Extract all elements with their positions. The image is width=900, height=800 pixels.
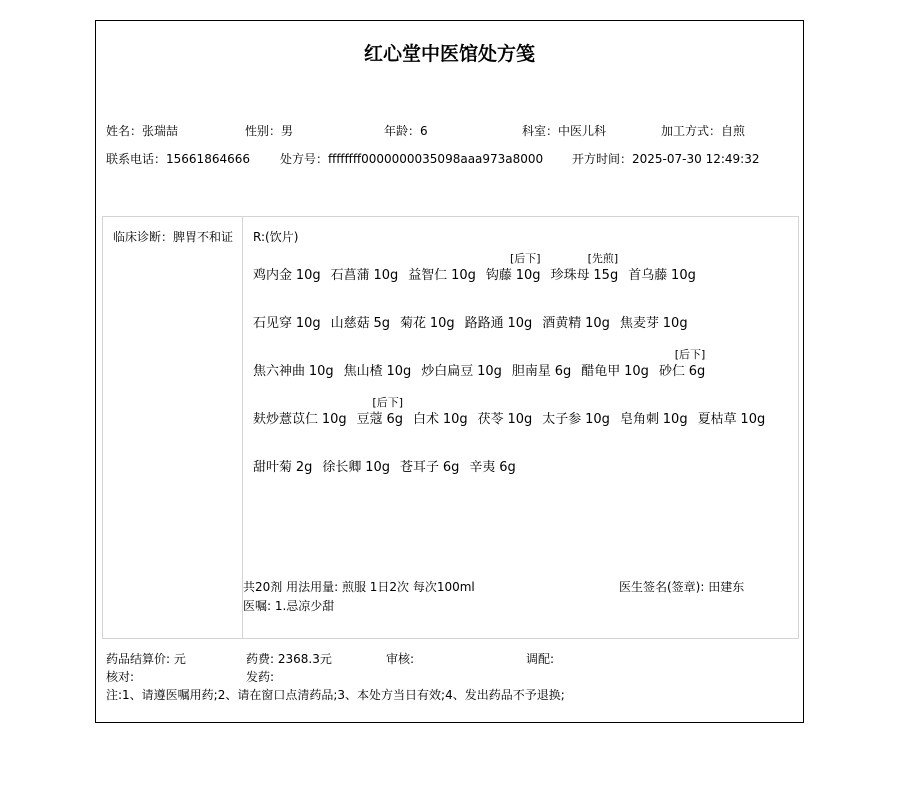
herb-item: [后下]钩藤 10g bbox=[486, 250, 541, 283]
herb-item: 徐长卿 10g bbox=[322, 442, 390, 475]
herb-name: 皂角刺 bbox=[620, 412, 659, 427]
usage-dosage: 共20剂 用法用量: 煎服 1日2次 每次100ml bbox=[243, 578, 475, 595]
herb-dose: 10g bbox=[477, 364, 502, 379]
settle-price: 药品结算价: 元 bbox=[106, 651, 186, 667]
herb-name: 辛夷 bbox=[469, 460, 495, 475]
herb-name: 夏枯草 bbox=[698, 412, 737, 427]
herb-item: [先煎]珍珠母 15g bbox=[551, 250, 619, 283]
herb-name: 甜叶菊 bbox=[253, 460, 292, 475]
phone: 联系电话：15661864666 bbox=[106, 151, 250, 167]
herb-item: 麸炒薏苡仁 10g bbox=[253, 394, 347, 427]
prescription-table: 临床诊断：脾胃不和证 R:(饮片) 鸡内金 10g石菖蒲 10g益智仁 10g[… bbox=[102, 216, 799, 639]
herb-dose: 10g bbox=[516, 268, 541, 283]
herb-dose: 10g bbox=[508, 412, 533, 427]
herb-item: 茯苓 10g bbox=[478, 394, 533, 427]
rx-column: R:(饮片) 鸡内金 10g石菖蒲 10g益智仁 10g[后下]钩藤 10g[先… bbox=[243, 217, 798, 638]
herb-item: 山慈菇 5g bbox=[331, 298, 390, 331]
check: 核对: bbox=[106, 669, 134, 685]
prescribe-time: 开方时间：2025-07-30 12:49:32 bbox=[572, 151, 759, 167]
patient-name: 姓名：张瑞喆 bbox=[106, 123, 178, 139]
herb-dose: 10g bbox=[508, 316, 533, 331]
herb-item: 夏枯草 10g bbox=[698, 394, 766, 427]
herb-item: 焦山楂 10g bbox=[344, 346, 412, 379]
herb-name: 焦六神曲 bbox=[253, 364, 305, 379]
herb-item: 太子参 10g bbox=[542, 394, 610, 427]
herb-name: 石见穿 bbox=[253, 316, 292, 331]
herb-item: 辛夷 6g bbox=[469, 442, 515, 475]
herb-name: 徐长卿 bbox=[322, 460, 361, 475]
herb-note: [后下] bbox=[675, 346, 706, 362]
herb-dose: 2g bbox=[296, 460, 313, 475]
herb-dose: 10g bbox=[671, 268, 696, 283]
herb-item: 路路通 10g bbox=[465, 298, 533, 331]
herb-item: 益智仁 10g bbox=[408, 250, 476, 283]
herb-name: 焦山楂 bbox=[344, 364, 383, 379]
herb-line: 焦六神曲 10g焦山楂 10g炒白扁豆 10g胆南星 6g醋龟甲 10g[后下]… bbox=[253, 346, 715, 386]
herb-dose: 10g bbox=[663, 412, 688, 427]
herb-item: 甜叶菊 2g bbox=[253, 442, 312, 475]
herb-name: 砂仁 bbox=[659, 364, 685, 379]
herb-dose: 10g bbox=[585, 316, 610, 331]
rx-header: R:(饮片) bbox=[253, 228, 298, 245]
medical-advice: 医嘱: 1.忌凉少甜 bbox=[243, 597, 334, 614]
herb-item: 石菖蒲 10g bbox=[331, 250, 399, 283]
herb-dose: 10g bbox=[373, 268, 398, 283]
herb-name: 醋龟甲 bbox=[581, 364, 620, 379]
herb-name: 苍耳子 bbox=[400, 460, 439, 475]
herb-item: 鸡内金 10g bbox=[253, 250, 321, 283]
patient-gender: 性别：男 bbox=[245, 123, 293, 139]
department: 科室：中医儿科 bbox=[522, 123, 606, 139]
herb-dose: 10g bbox=[296, 316, 321, 331]
herb-dose: 5g bbox=[373, 316, 390, 331]
herb-name: 首乌藤 bbox=[628, 268, 667, 283]
herb-item: [后下]豆蔻 6g bbox=[357, 394, 403, 427]
herb-name: 珍珠母 bbox=[551, 268, 590, 283]
herb-name: 炒白扁豆 bbox=[421, 364, 473, 379]
process-method: 加工方式：自煎 bbox=[661, 123, 745, 139]
herb-name: 太子参 bbox=[542, 412, 581, 427]
herb-item: 苍耳子 6g bbox=[400, 442, 459, 475]
herb-item: 焦麦芽 10g bbox=[620, 298, 688, 331]
herb-item: 胆南星 6g bbox=[512, 346, 571, 379]
herb-item: 菊花 10g bbox=[400, 298, 455, 331]
herb-dose: 10g bbox=[624, 364, 649, 379]
diagnosis-column: 临床诊断：脾胃不和证 bbox=[103, 217, 243, 638]
diagnosis: 临床诊断：脾胃不和证 bbox=[113, 228, 238, 246]
herb-name: 豆蔻 bbox=[357, 412, 383, 427]
herb-name: 菊花 bbox=[400, 316, 426, 331]
herb-line: 石见穿 10g山慈菇 5g菊花 10g路路通 10g酒黄精 10g焦麦芽 10g bbox=[253, 298, 698, 338]
footer-notes: 注:1、请遵医嘱用药;2、请在窗口点清药品;3、本处方当日有效;4、发出药品不予… bbox=[106, 687, 565, 703]
herb-name: 路路通 bbox=[465, 316, 504, 331]
herb-dose: 10g bbox=[296, 268, 321, 283]
herb-dose: 6g bbox=[689, 364, 706, 379]
herb-line: 鸡内金 10g石菖蒲 10g益智仁 10g[后下]钩藤 10g[先煎]珍珠母 1… bbox=[253, 250, 706, 290]
herb-item: 醋龟甲 10g bbox=[581, 346, 649, 379]
herb-name: 石菖蒲 bbox=[331, 268, 370, 283]
review: 审核: bbox=[386, 651, 414, 667]
herb-name: 白术 bbox=[413, 412, 439, 427]
herb-dose: 10g bbox=[585, 412, 610, 427]
herb-item: 皂角刺 10g bbox=[620, 394, 688, 427]
herb-name: 胆南星 bbox=[512, 364, 551, 379]
drug-fee: 药费: 2368.3元 bbox=[246, 651, 332, 667]
herb-item: 石见穿 10g bbox=[253, 298, 321, 331]
herb-name: 茯苓 bbox=[478, 412, 504, 427]
page-title: 红心堂中医馆处方笺 bbox=[96, 39, 803, 66]
herb-dose: 10g bbox=[309, 364, 334, 379]
patient-age: 年龄：6 bbox=[384, 123, 428, 139]
herb-dose: 10g bbox=[365, 460, 390, 475]
herb-name: 麸炒薏苡仁 bbox=[253, 412, 318, 427]
herb-name: 益智仁 bbox=[408, 268, 447, 283]
dispense-prep: 调配: bbox=[526, 651, 554, 667]
herb-dose: 15g bbox=[593, 268, 618, 283]
herb-note: [后下] bbox=[372, 394, 403, 410]
issue-drugs: 发药: bbox=[246, 669, 274, 685]
herb-item: 焦六神曲 10g bbox=[253, 346, 334, 379]
herb-item: 酒黄精 10g bbox=[542, 298, 610, 331]
herb-note: [先煎] bbox=[588, 250, 619, 266]
herb-item: 炒白扁豆 10g bbox=[421, 346, 502, 379]
herb-dose: 10g bbox=[430, 316, 455, 331]
herb-line: 甜叶菊 2g徐长卿 10g苍耳子 6g辛夷 6g bbox=[253, 442, 526, 482]
herb-dose: 10g bbox=[322, 412, 347, 427]
herb-name: 焦麦芽 bbox=[620, 316, 659, 331]
herb-name: 酒黄精 bbox=[542, 316, 581, 331]
doctor-signature: 医生签名(签章): 田建东 bbox=[619, 578, 744, 595]
prescription-number: 处方号：ffffffff0000000035098aaa973a8000 bbox=[280, 151, 543, 167]
herb-item: [后下]砂仁 6g bbox=[659, 346, 705, 379]
herb-name: 山慈菇 bbox=[331, 316, 370, 331]
herb-dose: 10g bbox=[663, 316, 688, 331]
herb-name: 钩藤 bbox=[486, 268, 512, 283]
herb-dose: 10g bbox=[443, 412, 468, 427]
herb-name: 鸡内金 bbox=[253, 268, 292, 283]
herb-line: 麸炒薏苡仁 10g[后下]豆蔻 6g白术 10g茯苓 10g太子参 10g皂角刺… bbox=[253, 394, 775, 434]
herb-dose: 10g bbox=[451, 268, 476, 283]
herb-item: 首乌藤 10g bbox=[628, 250, 696, 283]
herb-dose: 6g bbox=[443, 460, 460, 475]
herb-dose: 10g bbox=[740, 412, 765, 427]
herb-dose: 6g bbox=[555, 364, 572, 379]
herb-item: 白术 10g bbox=[413, 394, 468, 427]
prescription-sheet: 红心堂中医馆处方笺 姓名：张瑞喆 性别：男 年龄：6 科室：中医儿科 加工方式：… bbox=[95, 20, 804, 723]
herb-dose: 6g bbox=[386, 412, 403, 427]
herb-dose: 6g bbox=[499, 460, 516, 475]
herb-note: [后下] bbox=[510, 250, 541, 266]
herb-dose: 10g bbox=[386, 364, 411, 379]
